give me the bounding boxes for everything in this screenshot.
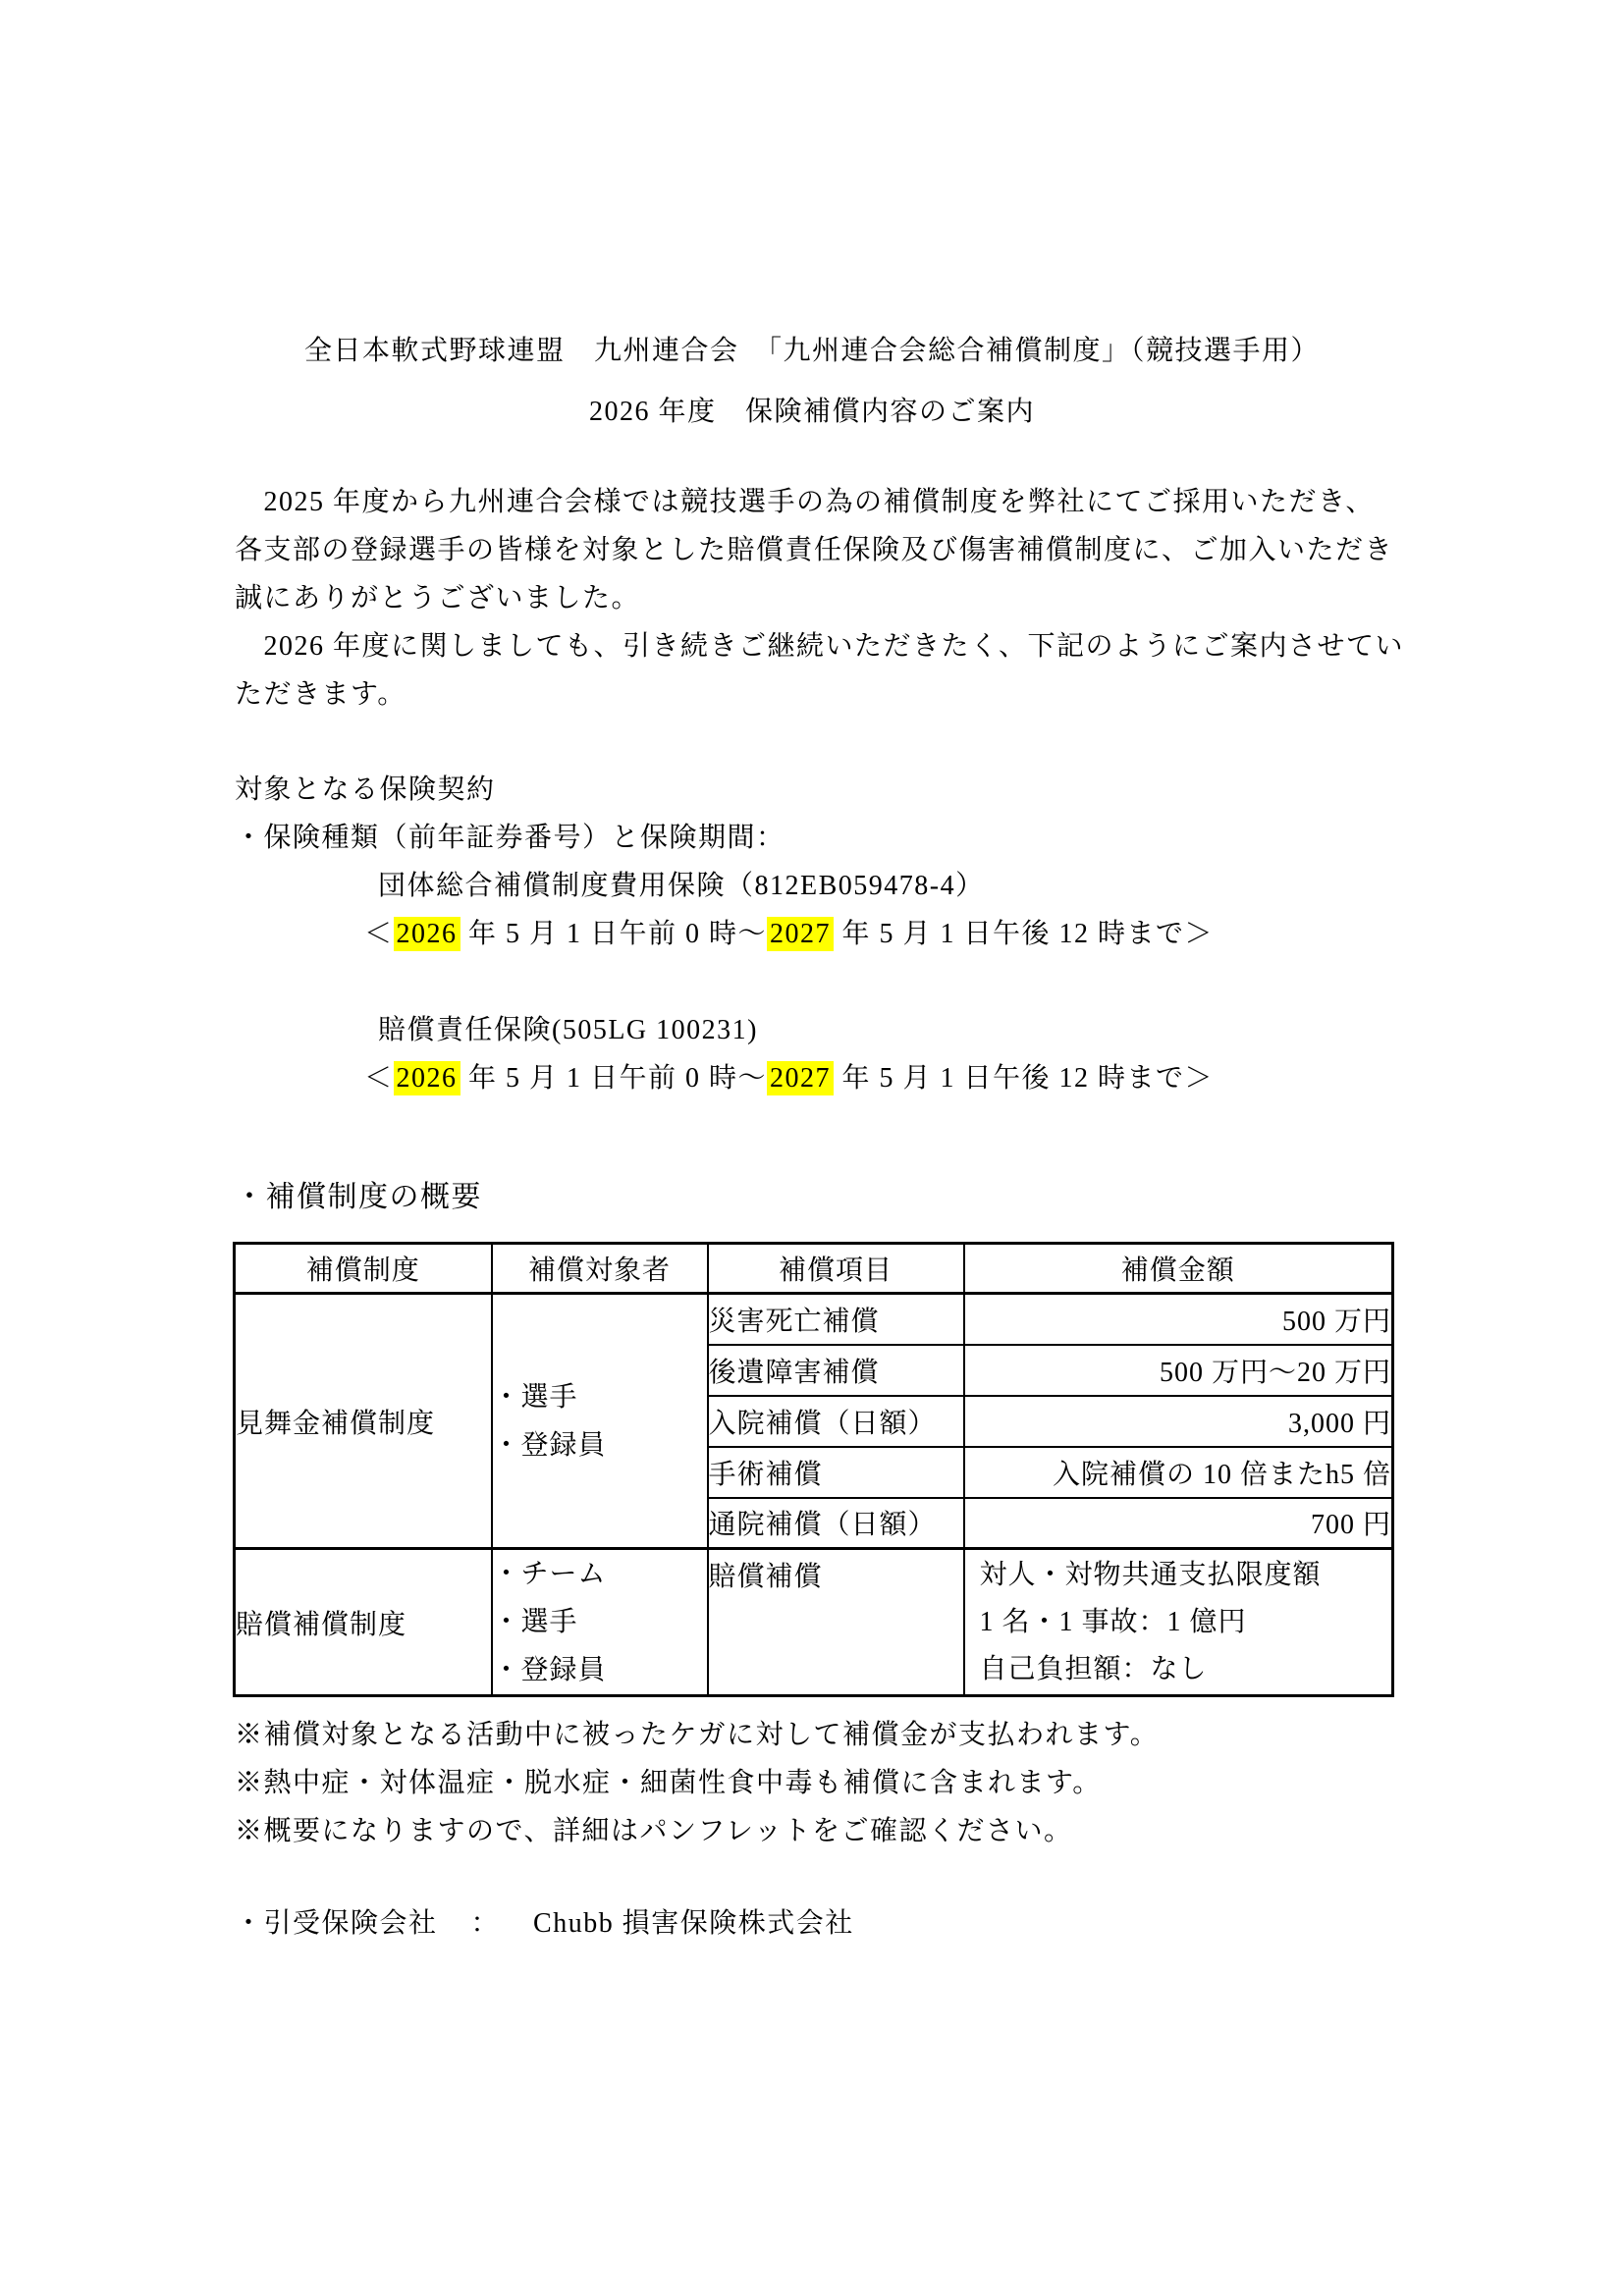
underwriter-separator: ：	[471, 1908, 501, 1939]
year-highlight: 2027	[767, 917, 834, 951]
contracts-heading: 対象となる保険契約	[235, 771, 496, 810]
amount-cell: 入院補償の 10 倍またh5 倍	[964, 1447, 1393, 1498]
coverage-table: 補償制度 補償対象者 補償項目 補償金額 見舞金補償制度 ・選手 ・登録員 災害…	[233, 1242, 1394, 1697]
period-mid: 年 5 月 1 日午前 0 時～	[460, 1063, 768, 1094]
item-cell: 賠償補償	[708, 1549, 964, 1696]
table-row: 見舞金補償制度 ・選手 ・登録員 災害死亡補償 500 万円	[235, 1294, 1393, 1345]
year-highlight: 2027	[767, 1061, 834, 1095]
underwriter-label: ・引受保険会社	[235, 1908, 438, 1939]
intro-line: 誠にありがとうございました。	[235, 579, 640, 618]
period-suffix: 年 5 月 1 日午後 12 時まで＞	[834, 919, 1214, 949]
amount-cell: 対人・対物共通支払限度額 1 名・1 事故：1 億円 自己負担額：なし	[964, 1549, 1393, 1696]
period-mid: 年 5 月 1 日午前 0 時～	[460, 919, 768, 949]
doc-title-line2: 2026 年度 保険補償内容のご案内	[0, 393, 1624, 432]
item-cell: 手術補償	[708, 1447, 964, 1498]
col-header-item: 補償項目	[708, 1244, 964, 1294]
intro-line: ただきます。	[235, 675, 406, 715]
target-line: ・選手	[493, 1373, 707, 1421]
contract-period-liability-policy: ＜2026 年 5 月 1 日午前 0 時～2027 年 5 月 1 日午後 1…	[364, 1059, 1214, 1098]
system-cell-baisho: 賠償補償制度	[235, 1549, 492, 1696]
target-line: ・チーム	[493, 1550, 707, 1598]
note-line: ※熱中症・対体温症・脱水症・細菌性食中毒も補償に含まれます。	[235, 1764, 1102, 1803]
amount-line: 自己負担額：なし	[980, 1646, 1392, 1693]
system-cell-mimaikin: 見舞金補償制度	[235, 1294, 492, 1549]
amount-line: 対人・対物共通支払限度額	[980, 1552, 1392, 1599]
intro-line: 2025 年度から九州連合会様では競技選手の為の補償制度を弊社にてご採用いただき…	[235, 483, 1375, 522]
doc-title-line1: 全日本軟式野球連盟 九州連合会 「九州連合会総合補償制度」（競技選手用）	[0, 332, 1624, 371]
contract-name-group-policy: 団体総合補償制度費用保険（812EB059478-4）	[378, 867, 985, 906]
item-cell: 通院補償（日額）	[708, 1498, 964, 1549]
targets-cell-baisho: ・チーム ・選手 ・登録員	[492, 1549, 708, 1696]
amount-cell: 700 円	[964, 1498, 1393, 1549]
amount-cell: 3,000 円	[964, 1396, 1393, 1447]
target-line: ・選手	[493, 1598, 707, 1646]
intro-line: 各支部の登録選手の皆様を対象とした賠償責任保険及び傷害補償制度に、ご加入いただき	[235, 531, 1393, 570]
amount-line: 1 名・1 事故：1 億円	[980, 1599, 1392, 1646]
col-header-amount: 補償金額	[964, 1244, 1393, 1294]
contract-period-group-policy: ＜2026 年 5 月 1 日午前 0 時～2027 年 5 月 1 日午後 1…	[364, 915, 1214, 954]
period-prefix: ＜	[364, 919, 394, 949]
document-page: 全日本軟式野球連盟 九州連合会 「九州連合会総合補償制度」（競技選手用） 202…	[0, 0, 1624, 2296]
year-highlight: 2026	[394, 917, 460, 951]
intro-line: 2026 年度に関しましても、引き続きご継続いただきたく、下記のようにご案内させ…	[235, 627, 1404, 667]
coverage-overview-heading: ・補償制度の概要	[235, 1178, 482, 1217]
period-prefix: ＜	[364, 1063, 394, 1094]
amount-cell: 500 万円	[964, 1294, 1393, 1345]
policy-type-heading: ・保険種類（前年証券番号）と保険期間：	[235, 819, 785, 858]
col-header-targets: 補償対象者	[492, 1244, 708, 1294]
targets-cell-mimaikin: ・選手 ・登録員	[492, 1294, 708, 1549]
note-line: ※概要になりますので、詳細はパンフレットをご確認ください。	[235, 1812, 1073, 1851]
item-cell: 後遺障害補償	[708, 1345, 964, 1396]
target-line: ・登録員	[493, 1646, 707, 1694]
year-highlight: 2026	[394, 1061, 460, 1095]
period-suffix: 年 5 月 1 日午後 12 時まで＞	[834, 1063, 1214, 1094]
table-header-row: 補償制度 補償対象者 補償項目 補償金額	[235, 1244, 1393, 1294]
item-cell: 災害死亡補償	[708, 1294, 964, 1345]
amount-cell: 500 万円～20 万円	[964, 1345, 1393, 1396]
target-line: ・登録員	[493, 1421, 707, 1469]
contract-name-liability-policy: 賠償責任保険(505LG 100231)	[378, 1011, 758, 1050]
item-cell: 入院補償（日額）	[708, 1396, 964, 1447]
col-header-system: 補償制度	[235, 1244, 492, 1294]
underwriter-line: ・引受保険会社：Chubb 損害保険株式会社	[235, 1904, 854, 1944]
note-line: ※補償対象となる活動中に被ったケガに対して補償金が支払われます。	[235, 1716, 1159, 1755]
underwriter-company: Chubb 損害保険株式会社	[533, 1908, 854, 1939]
table-row: 賠償補償制度 ・チーム ・選手 ・登録員 賠償補償 対人・対物共通支払限度額 1…	[235, 1549, 1393, 1696]
